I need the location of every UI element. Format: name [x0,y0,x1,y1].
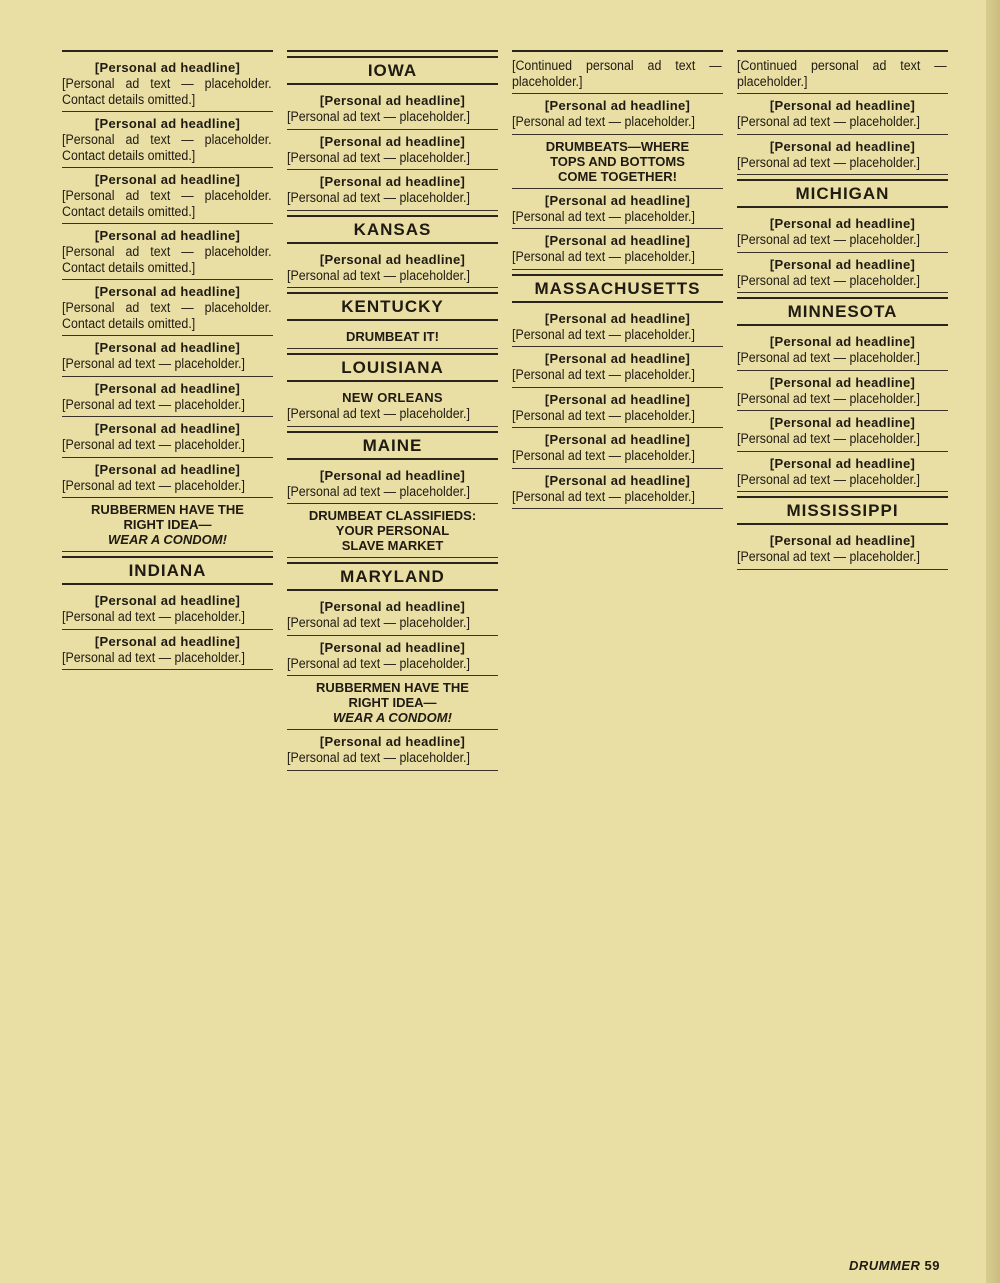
classified-ad: [Personal ad headline][Personal ad text … [737,135,948,176]
house-notice: RUBBERMEN HAVE THERIGHT IDEA—WEAR A COND… [287,676,498,730]
classified-ad: [Personal ad headline][Personal ad text … [62,112,273,168]
page-edge [986,0,1000,1283]
state-section-heading: MAINE [287,431,498,460]
ad-headline: [Personal ad headline] [512,392,723,407]
ad-body: [Personal ad text — placeholder.] [512,327,722,343]
column-2: IOWA[Personal ad headline][Personal ad t… [287,50,498,1250]
ad-body: [Personal ad text — placeholder.] [737,350,947,366]
ad-headline: [Personal ad headline] [287,93,498,108]
notice-line: RIGHT IDEA— [62,517,273,532]
ad-body: [Personal ad text — placeholder.] [737,549,947,565]
ad-headline: [Personal ad headline] [62,116,273,131]
ad-headline: [Personal ad headline] [287,134,498,149]
classifieds-columns: [Personal ad headline][Personal ad text … [62,50,948,1250]
state-section-heading: MICHIGAN [737,179,948,208]
ad-headline: [Personal ad headline] [62,593,273,608]
ad-headline: [Personal ad headline] [737,98,948,113]
classified-ad: [Continued personal ad text — placeholde… [512,56,723,94]
classified-ad: [Personal ad headline][Personal ad text … [62,458,273,499]
page-number: 59 [925,1258,940,1273]
page-folio: DRUMMER 59 [849,1258,940,1273]
ad-body: [Personal ad text — placeholder.] [512,114,722,130]
classified-ad: [Personal ad headline][Personal ad text … [62,417,273,458]
classified-ad: [Personal ad headline][Personal ad text … [62,168,273,224]
column-top-rule [512,50,723,52]
ad-body: [Personal ad text — placeholder. Contact… [62,300,272,331]
ad-headline: [Personal ad headline] [287,252,498,267]
ad-body: [Personal ad text — placeholder.] [62,650,272,666]
ad-body: [Personal ad text — placeholder.] [737,472,947,488]
ad-body: [Personal ad text — placeholder.] [287,150,497,166]
classified-ad: [Personal ad headline][Personal ad text … [62,377,273,418]
ad-body: [Personal ad text — placeholder.] [512,448,722,464]
notice-line: RUBBERMEN HAVE THE [62,502,273,517]
ad-body: [Personal ad text — placeholder.] [737,391,947,407]
ad-body: [Personal ad text — placeholder.] [287,268,497,284]
state-section-heading: IOWA [287,56,498,85]
classified-ad: [Personal ad headline][Personal ad text … [62,280,273,336]
classified-ad: [Personal ad headline][Personal ad text … [512,388,723,429]
classified-ad: [Continued personal ad text — placeholde… [737,56,948,94]
ad-body: [Personal ad text — placeholder.] [287,406,497,422]
ad-headline: [Personal ad headline] [737,533,948,548]
ad-body: [Personal ad text — placeholder.] [737,114,947,130]
classified-ad: [Personal ad headline][Personal ad text … [512,428,723,469]
ad-body: [Personal ad text — placeholder.] [287,750,497,766]
ad-body: [Personal ad text — placeholder.] [62,397,272,413]
classified-ad: [Personal ad headline][Personal ad text … [737,330,948,371]
ad-body: [Personal ad text — placeholder.] [737,431,947,447]
ad-body: [Personal ad text — placeholder.] [287,484,497,500]
classified-ad: [Personal ad headline][Personal ad text … [512,307,723,348]
classified-ad: [Personal ad headline][Personal ad text … [512,229,723,270]
ad-headline: [Personal ad headline] [287,468,498,483]
ad-headline: [Personal ad headline] [287,599,498,614]
notice-line: RIGHT IDEA— [287,695,498,710]
ad-body: [Personal ad text — placeholder.] [287,109,497,125]
classified-ad: [Personal ad headline][Personal ad text … [287,464,498,505]
ad-body: [Continued personal ad text — placeholde… [512,58,722,89]
classified-ad: [Personal ad headline][Personal ad text … [737,94,948,135]
ad-body: [Personal ad text — placeholder.] [62,437,272,453]
state-section-heading: KENTUCKY [287,292,498,321]
classified-ad: [Personal ad headline][Personal ad text … [287,248,498,289]
ad-body: [Personal ad text — placeholder.] [287,615,497,631]
ad-headline: [Personal ad headline] [737,375,948,390]
ad-headline: [Personal ad headline] [62,462,273,477]
ad-headline: [Personal ad headline] [512,98,723,113]
ad-headline: [Personal ad headline] [512,311,723,326]
ad-body: [Personal ad text — placeholder. Contact… [62,132,272,163]
ad-headline: NEW ORLEANS [287,390,498,405]
classified-ad: [Personal ad headline][Personal ad text … [62,56,273,112]
classified-ad: [Personal ad headline][Personal ad text … [512,469,723,510]
classified-ad: [Personal ad headline][Personal ad text … [512,94,723,135]
classified-ad: [Personal ad headline][Personal ad text … [287,730,498,771]
classified-ad: [Personal ad headline][Personal ad text … [62,336,273,377]
notice-line: TOPS AND BOTTOMS [512,154,723,169]
classified-ad: [Personal ad headline][Personal ad text … [737,529,948,570]
ad-body: [Personal ad text — placeholder.] [512,489,722,505]
ad-headline: [Personal ad headline] [62,60,273,75]
classified-ad: [Personal ad headline][Personal ad text … [287,170,498,211]
ad-body: [Personal ad text — placeholder.] [62,478,272,494]
state-section-heading: MINNESOTA [737,297,948,326]
classified-ad: [Personal ad headline][Personal ad text … [62,224,273,280]
notice-line: YOUR PERSONAL [287,523,498,538]
classified-ad: NEW ORLEANS[Personal ad text — placehold… [287,386,498,427]
ad-body: [Personal ad text — placeholder. Contact… [62,188,272,219]
ad-headline: [Personal ad headline] [62,228,273,243]
ad-body: [Personal ad text — placeholder.] [62,356,272,372]
classified-ad: [Personal ad headline][Personal ad text … [512,189,723,230]
house-notice: DRUMBEATS—WHERETOPS AND BOTTOMSCOME TOGE… [512,135,723,189]
ad-body: [Personal ad text — placeholder.] [62,609,272,625]
ad-body: [Personal ad text — placeholder.] [737,232,947,248]
classified-ad: [Personal ad headline][Personal ad text … [287,89,498,130]
classified-ad: [Personal ad headline][Personal ad text … [62,630,273,671]
classified-ad: [Personal ad headline][Personal ad text … [287,636,498,677]
ad-body: [Personal ad text — placeholder.] [512,209,722,225]
state-section-heading: LOUISIANA [287,353,498,382]
ad-headline: [Personal ad headline] [737,415,948,430]
classified-ad: [Personal ad headline][Personal ad text … [512,347,723,388]
classified-ad: [Personal ad headline][Personal ad text … [737,411,948,452]
state-section-heading: INDIANA [62,556,273,585]
ad-headline: [Personal ad headline] [512,473,723,488]
ad-body: [Personal ad text — placeholder.] [512,249,722,265]
notice-line: SLAVE MARKET [287,538,498,553]
ad-body: [Personal ad text — placeholder.] [737,155,947,171]
ad-headline: [Personal ad headline] [287,174,498,189]
state-section-heading: KANSAS [287,215,498,244]
state-section-heading: MASSACHUSETTS [512,274,723,303]
classified-ad: [Personal ad headline][Personal ad text … [287,130,498,171]
column-1: [Personal ad headline][Personal ad text … [62,50,273,1250]
column-top-rule [287,50,498,52]
ad-body: [Personal ad text — placeholder.] [512,408,722,424]
column-3: [Continued personal ad text — placeholde… [512,50,723,1250]
ad-body: [Continued personal ad text — placeholde… [737,58,947,89]
notice-emphasis: WEAR A CONDOM! [62,532,273,547]
classified-ad: [Personal ad headline][Personal ad text … [737,371,948,412]
ad-body: [Personal ad text — placeholder.] [512,367,722,383]
ad-headline: [Personal ad headline] [62,284,273,299]
notice-emphasis: WEAR A CONDOM! [287,710,498,725]
column-4: [Continued personal ad text — placeholde… [737,50,948,1250]
ad-body: [Personal ad text — placeholder. Contact… [62,244,272,275]
ad-headline: [Personal ad headline] [287,640,498,655]
classified-ad: [Personal ad headline][Personal ad text … [737,452,948,493]
ad-headline: [Personal ad headline] [737,257,948,272]
column-top-rule [737,50,948,52]
classified-ad: [Personal ad headline][Personal ad text … [62,589,273,630]
ad-headline: [Personal ad headline] [737,334,948,349]
ad-headline: [Personal ad headline] [62,172,273,187]
notice-line: DRUMBEAT IT! [287,329,498,344]
house-notice: DRUMBEAT IT! [287,325,498,349]
ad-headline: [Personal ad headline] [512,193,723,208]
magazine-name: DRUMMER [849,1258,920,1273]
ad-body: [Personal ad text — placeholder.] [287,656,497,672]
notice-line: COME TOGETHER! [512,169,723,184]
ad-body: [Personal ad text — placeholder.] [287,190,497,206]
ad-headline: [Personal ad headline] [62,634,273,649]
ad-headline: [Personal ad headline] [512,351,723,366]
house-notice: RUBBERMEN HAVE THERIGHT IDEA—WEAR A COND… [62,498,273,552]
column-top-rule [62,50,273,52]
ad-headline: [Personal ad headline] [512,432,723,447]
ad-headline: [Personal ad headline] [287,734,498,749]
notice-line: RUBBERMEN HAVE THE [287,680,498,695]
ad-headline: [Personal ad headline] [62,381,273,396]
ad-body: [Personal ad text — placeholder. Contact… [62,76,272,107]
notice-line: DRUMBEAT CLASSIFIEDS: [287,508,498,523]
house-notice: DRUMBEAT CLASSIFIEDS:YOUR PERSONALSLAVE … [287,504,498,558]
classified-ad: [Personal ad headline][Personal ad text … [737,253,948,294]
ad-headline: [Personal ad headline] [512,233,723,248]
state-section-heading: MARYLAND [287,562,498,591]
classified-ad: [Personal ad headline][Personal ad text … [737,212,948,253]
ad-body: [Personal ad text — placeholder.] [737,273,947,289]
ad-headline: [Personal ad headline] [62,421,273,436]
ad-headline: [Personal ad headline] [737,456,948,471]
ad-headline: [Personal ad headline] [737,139,948,154]
state-section-heading: MISSISSIPPI [737,496,948,525]
ad-headline: [Personal ad headline] [737,216,948,231]
ad-headline: [Personal ad headline] [62,340,273,355]
classified-ad: [Personal ad headline][Personal ad text … [287,595,498,636]
notice-line: DRUMBEATS—WHERE [512,139,723,154]
